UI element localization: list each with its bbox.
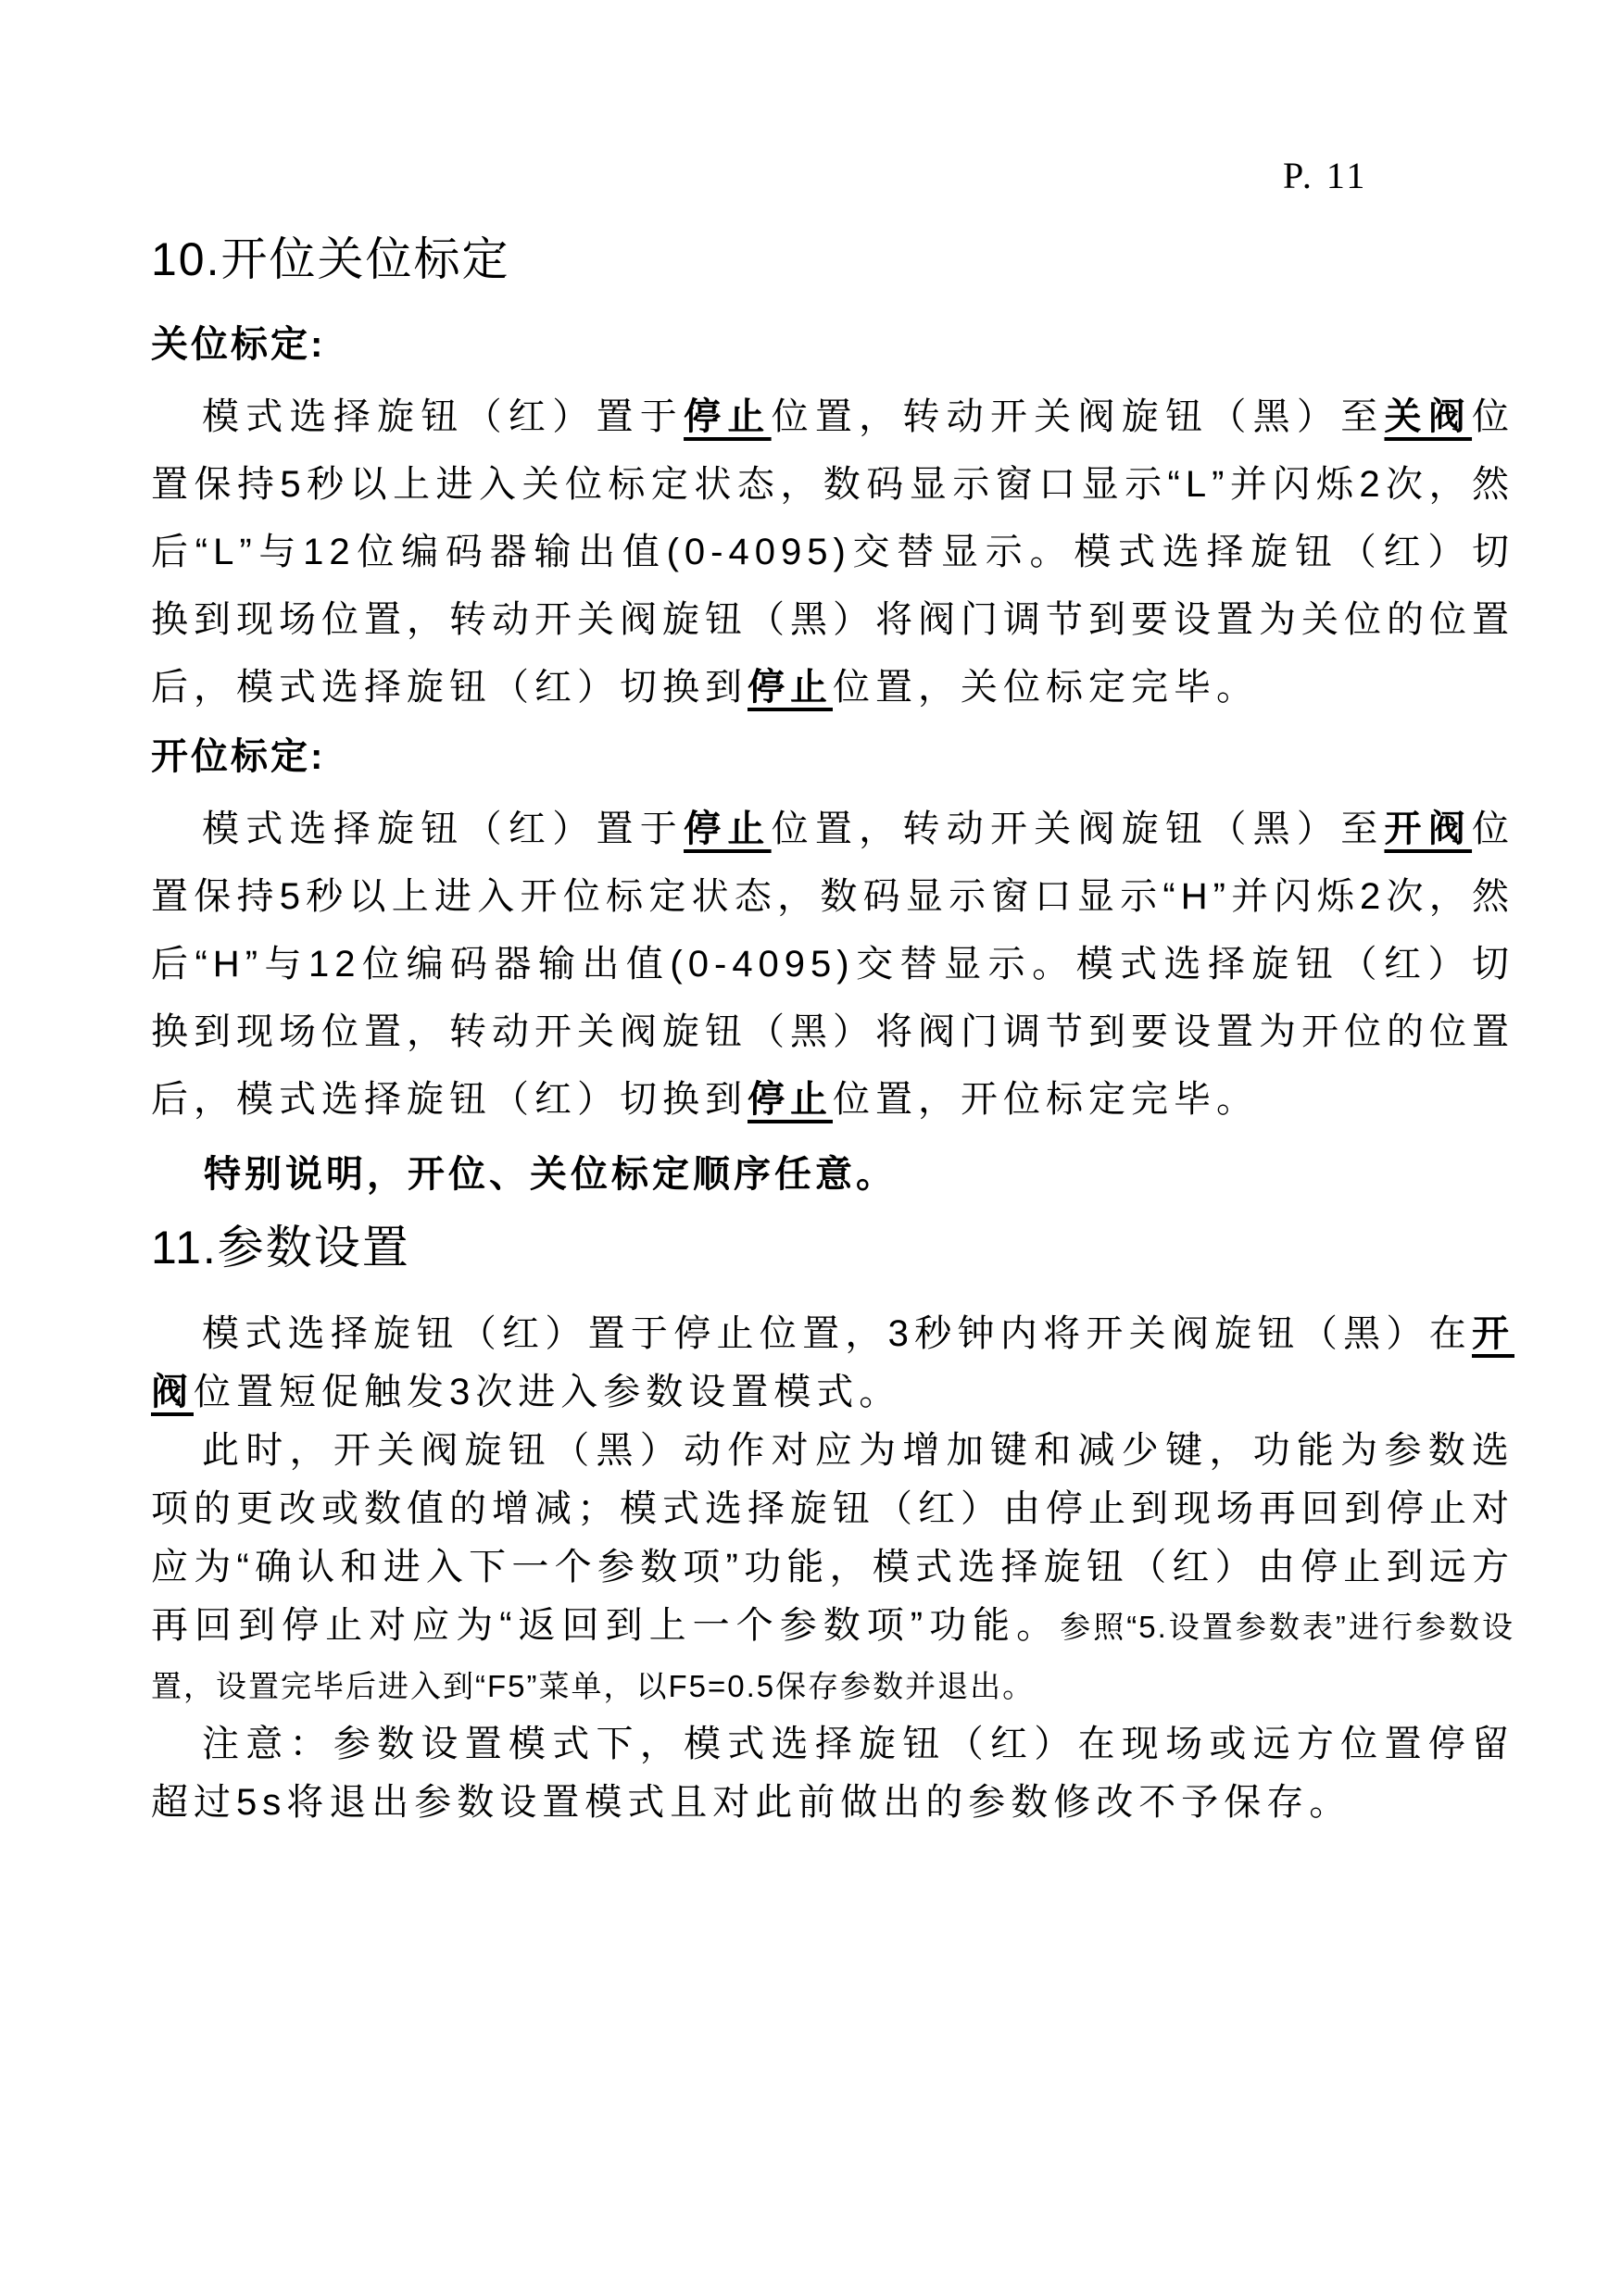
text-run: 位置，转动开关阀旋钮（黑）至: [772, 809, 1385, 849]
close-position-calibration-label: 关位标定:: [151, 322, 1514, 367]
section-11-heading: 11.参数设置: [151, 1223, 1514, 1273]
text-run: 位置，转动开关阀旋钮（黑）至: [772, 396, 1385, 437]
page-number: P. 11: [1283, 154, 1367, 197]
parameter-mode-entry-paragraph: 模式选择旋钮（红）置于停止位置，3秒钟内将开关阀旋钮（黑）在开阀位置短促触发3次…: [151, 1305, 1514, 1422]
parameter-operation-paragraph: 此时，开关阀旋钮（黑）动作对应为增加键和减少键，功能为参数选项的更改或数值的增减…: [151, 1422, 1514, 1715]
page-content: 10.开位关位标定 关位标定: 模式选择旋钮（红）置于停止位置，转动开关阀旋钮（…: [151, 234, 1514, 1832]
text-run: 位置保持5秒以上进入关位标定状态，数码显示窗口显示“L”并闪烁2次，然后“L”与…: [151, 396, 1514, 708]
text-run: 位置保持5秒以上进入开位标定状态，数码显示窗口显示“H”并闪烁2次，然后“H”与…: [151, 809, 1514, 1120]
text-run: 模式选择旋钮（红）置于: [202, 396, 684, 437]
text-run: 位置，关位标定完毕。: [833, 667, 1259, 708]
emphasis-run: 停止: [684, 809, 772, 849]
open-position-calibration-paragraph: 模式选择旋钮（红）置于停止位置，转动开关阀旋钮（黑）至开阀位置保持5秒以上进入开…: [151, 796, 1514, 1134]
special-note: 特别说明，开位、关位标定顺序任意。: [151, 1147, 1514, 1202]
emphasis-run: 停止: [748, 1079, 833, 1120]
emphasis-run: 开阀: [1384, 809, 1472, 849]
close-position-calibration-paragraph: 模式选择旋钮（红）置于停止位置，转动开关阀旋钮（黑）至关阀位置保持5秒以上进入关…: [151, 383, 1514, 721]
emphasis-run: 关阀: [1384, 396, 1472, 437]
parameter-caution-paragraph: 注意：参数设置模式下，模式选择旋钮（红）在现场或远方位置停留超过5s将退出参数设…: [151, 1715, 1514, 1832]
text-run: 位置，开位标定完毕。: [833, 1079, 1259, 1120]
text-run: 模式选择旋钮（红）置于: [202, 809, 684, 849]
emphasis-run: 停止: [748, 667, 833, 708]
emphasis-run: 停止: [684, 396, 772, 437]
text-run: 位置短促触发3次进入参数设置模式。: [194, 1372, 901, 1412]
open-position-calibration-label: 开位标定:: [151, 734, 1514, 779]
text-run: 注意：参数设置模式下，模式选择旋钮（红）在现场或远方位置停留超过5s将退出参数设…: [151, 1724, 1514, 1823]
text-run: 模式选择旋钮（红）置于停止位置，3秒钟内将开关阀旋钮（黑）在: [202, 1313, 1472, 1354]
document-page: P. 11 10.开位关位标定 关位标定: 模式选择旋钮（红）置于停止位置，转动…: [0, 0, 1621, 2296]
section-10-heading: 10.开位关位标定: [151, 234, 1514, 285]
